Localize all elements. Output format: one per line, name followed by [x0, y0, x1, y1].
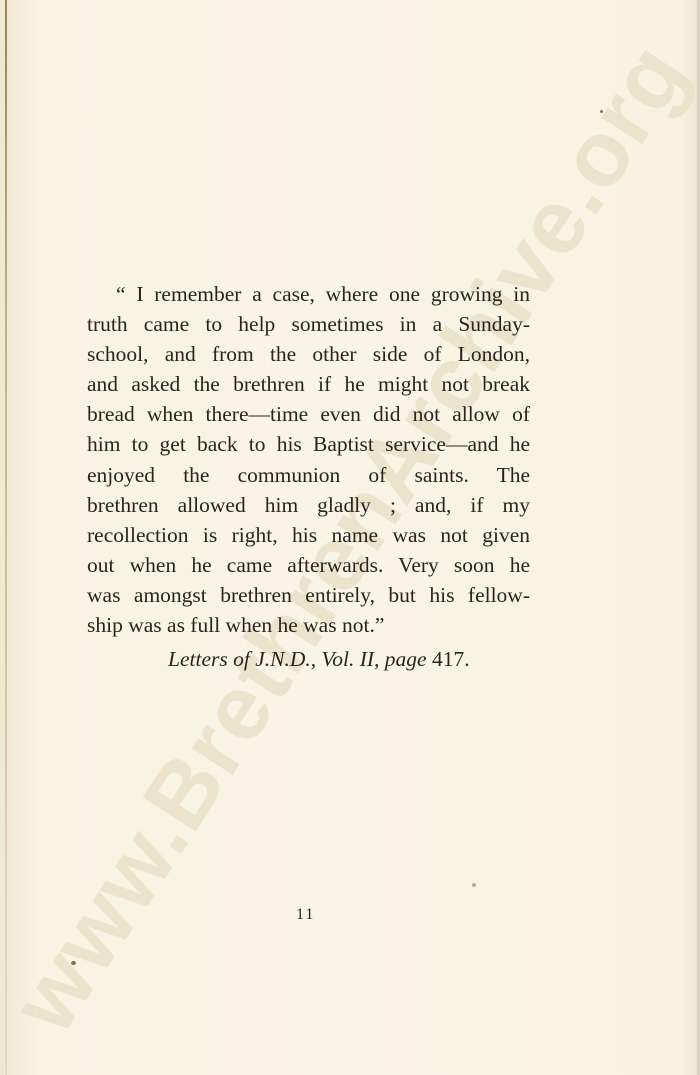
quote-line: out when he came afterwards. Very soon h… — [87, 550, 530, 580]
citation-page: 417. — [432, 647, 470, 671]
quote-line: brethren allowed him gladly ; and, if my — [87, 490, 530, 520]
quote-line: recollection is right, his name was not … — [87, 520, 530, 550]
paper-speck — [71, 961, 76, 965]
quote-line: and asked the brethren if he might not b… — [87, 369, 530, 399]
page-number: 11 — [296, 906, 315, 924]
citation-title: Letters of J.N.D., Vol. II, page — [168, 647, 427, 671]
quote-line: bread when there—time even did not allow… — [87, 399, 530, 429]
quote-line: “ I remember a case, where one growing i… — [87, 279, 530, 309]
quote-block: “ I remember a case, where one growing i… — [87, 279, 530, 640]
quote-line: him to get back to his Baptist service—a… — [87, 429, 530, 459]
paper-speck — [472, 883, 476, 887]
quote-line: was amongst brethren entirely, but his f… — [87, 580, 530, 610]
quote-line: enjoyed the communion of saints. The — [87, 460, 530, 490]
paper-speck — [600, 110, 603, 113]
binding-edge — [5, 0, 7, 1075]
quote-line: ship was as full when he was not.” — [87, 610, 530, 640]
quote-line: truth came to help sometimes in a Sunday… — [87, 309, 530, 339]
book-page: www.BrethrenArchive.org “ I remember a c… — [0, 0, 700, 1075]
citation: Letters of J.N.D., Vol. II, page 417. — [168, 647, 470, 672]
quote-line: school, and from the other side of Londo… — [87, 339, 530, 369]
